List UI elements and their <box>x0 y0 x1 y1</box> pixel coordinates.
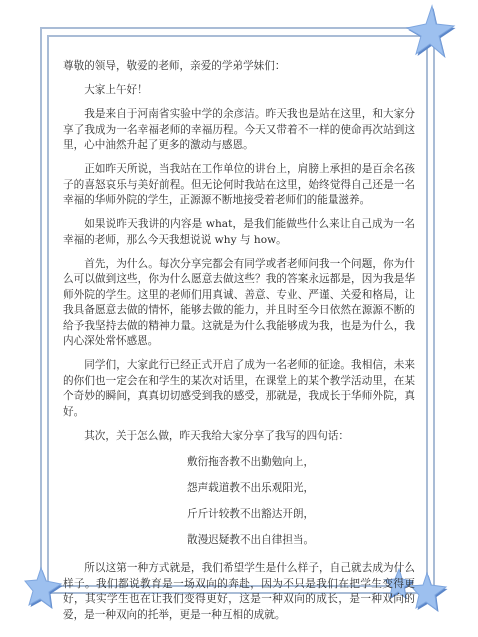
paragraph-responsibility: 正如昨天所说，当我站在工作单位的讲台上，肩膀上承担的是百余名孩子的喜怒哀乐与美好… <box>63 162 415 209</box>
paragraph-how: 其次，关于怎么做，昨天我给大家分享了我写的四句话： <box>63 429 415 445</box>
verse-line: 斤斤计较教不出豁达开朗， <box>187 507 415 523</box>
verse-line: 敷衍拖沓教不出勤勉向上， <box>187 455 415 471</box>
paragraph-why: 首先，为什么。每次分享完都会有同学或者老师问我一个问题，你为什么可以做到这些，你… <box>63 257 415 350</box>
speech-content: 尊敬的领导，敬爱的老师，亲爱的学弟学妹们： 大家上午好！ 我是来自于河南省实验中… <box>63 59 415 623</box>
paragraph-classmates: 同学们，大家此行已经正式开启了成为一名老师的征途。我相信，未来的你们也一定会在和… <box>63 358 415 420</box>
star-top-right-icon <box>404 4 456 62</box>
verse-line: 怨声载道教不出乐观阳光， <box>187 481 415 497</box>
salutation: 尊敬的领导，敬爱的老师，亲爱的学弟学妹们： <box>63 59 415 75</box>
verse-line: 散漫迟疑教不出自律担当。 <box>187 533 415 549</box>
greeting: 大家上午好！ <box>63 83 415 99</box>
star-bottom-left-icon <box>24 566 64 610</box>
star-bottom-right-large-icon <box>410 572 448 612</box>
paragraph-what-why-how: 如果说昨天我讲的内容是 what，是我们能做些什么来让自己成为一名幸福的老师，那… <box>63 217 415 248</box>
paragraph-intro: 我是来自于河南省实验中学的余彦洁。昨天我也是站在这里，和大家分享了我成为一名幸福… <box>63 107 415 154</box>
paragraph-closing: 所以这第一种方式就是，我们希望学生是什么样子，自己就去成为什么样子。我们都说教育… <box>63 561 415 623</box>
four-line-verse: 敷衍拖沓教不出勤勉向上， 怨声载道教不出乐观阳光， 斤斤计较教不出豁达开朗， 散… <box>63 455 415 549</box>
